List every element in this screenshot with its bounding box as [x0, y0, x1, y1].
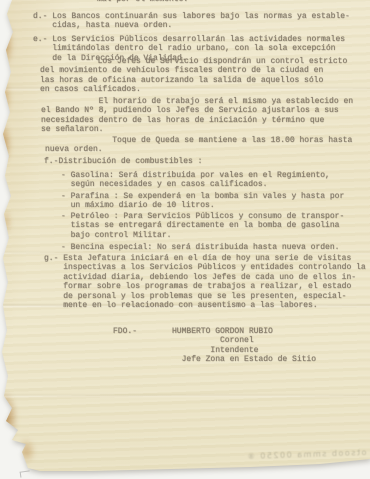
document-page-wrap: mal por el momento. d.- Los Bancos conti…: [0, 0, 370, 479]
clause-f-heading: f.-Distribución de combustibles :: [44, 157, 202, 166]
document-page: mal por el momento. d.- Los Bancos conti…: [0, 0, 370, 479]
paragraph-vehicle-control: Los Jefes de Servicio dispondrán un cont…: [40, 57, 347, 95]
clause-intro-cutoff: mal por el momento.: [97, 0, 188, 4]
clause-g: g.- Esta Jefatura iniciará en el día de …: [44, 254, 366, 310]
signature-fdo-label: FDO.-: [113, 327, 137, 336]
scan-background: mal por el momento. d.- Los Bancos conti…: [0, 0, 370, 479]
fuel-item-petroleo: - Petróleo : Para Servicios Públicos y c…: [61, 212, 344, 240]
fuel-item-gasolina: - Gasolina: Será distribuida por vales e…: [61, 171, 330, 190]
typed-text-layer: mal por el momento. d.- Los Bancos conti…: [0, 0, 370, 479]
fuel-item-bencina: - Bencina especial: No será distribuida …: [61, 243, 339, 252]
fuel-item-parafina: - Parafina : Se expenderá en la bomba si…: [61, 192, 344, 211]
signature-block: HUMBERTO GORDON RUBIO Coronel Intendente…: [172, 327, 316, 365]
paragraph-work-schedule: El horario de trabajo será el mismo ya e…: [41, 97, 353, 135]
paragraph-curfew: Toque de Queda se mantiene a las 18.00 h…: [45, 136, 352, 155]
clause-d: d.- Los Bancos continuarán sus labores b…: [33, 12, 350, 31]
